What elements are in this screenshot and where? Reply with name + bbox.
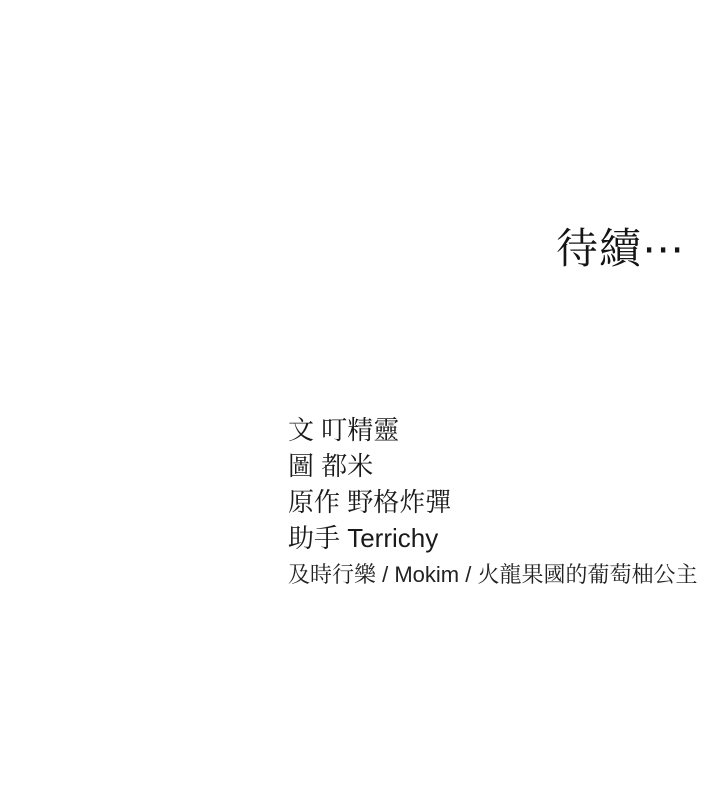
credit-line-assistants-extra: 及時行樂 / Mokim / 火龍果國的葡萄柚公主 bbox=[288, 556, 697, 593]
credits-block: 文 叮精靈 圖 都米 原作 野格炸彈 助手 Terrichy 及時行樂 / Mo… bbox=[288, 412, 697, 593]
credit-line-writer: 文 叮精靈 bbox=[288, 412, 697, 448]
credit-line-original-author: 原作 野格炸彈 bbox=[288, 484, 697, 520]
credit-line-artist: 圖 都米 bbox=[288, 448, 697, 484]
webtoon-endcard-page: 待續⋯ 文 叮精靈 圖 都米 原作 野格炸彈 助手 Terrichy 及時行樂 … bbox=[0, 0, 720, 800]
to-be-continued-text: 待續⋯ bbox=[556, 224, 685, 274]
credit-line-assistant: 助手 Terrichy bbox=[288, 520, 697, 556]
